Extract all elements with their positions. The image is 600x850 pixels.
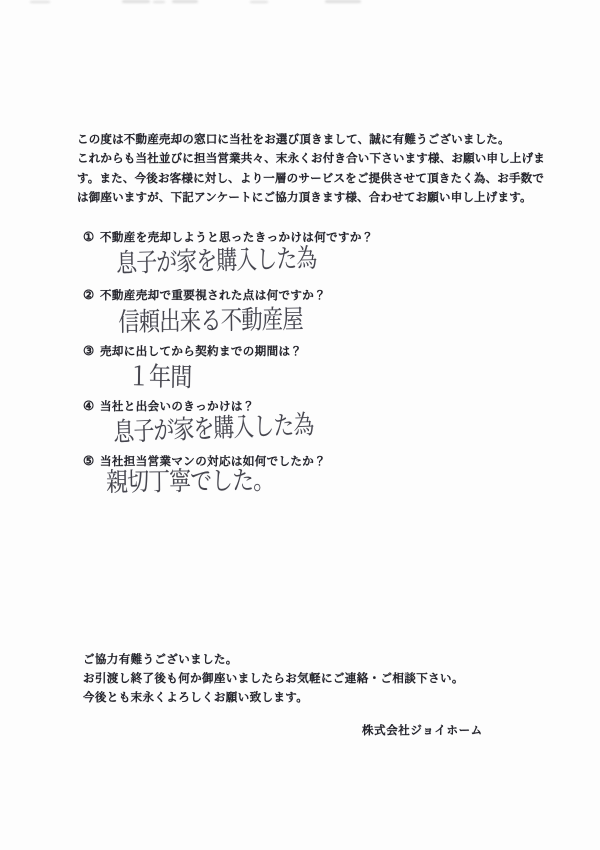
- question-number: ①: [83, 229, 100, 245]
- scan-artifact: [30, 1, 50, 3]
- handwritten-answer-1: 息子が家を購入した為: [116, 238, 317, 280]
- question-number: ④: [83, 398, 100, 414]
- intro-paragraph: この度は不動産売却の窓口に当社をお選び頂きまして、誠に有難うございました。 これ…: [77, 131, 543, 209]
- intro-line: これからも当社並びに担当営業共々、末永くお付き合い下さいます様、お願い申し上げま: [77, 150, 543, 169]
- question-number: ⑤: [83, 453, 100, 469]
- intro-line: す。また、今後お客様に対し、より一層のサービスをご提供させて頂きたく為、お手数で: [77, 170, 543, 189]
- closing-line: 今後とも末永くよろしくお願い致します。: [83, 689, 464, 708]
- question-number: ③: [83, 343, 100, 359]
- scan-artifact: [122, 0, 150, 3]
- intro-line: この度は不動産売却の窓口に当社をお選び頂きまして、誠に有難うございました。: [77, 131, 543, 150]
- closing-line: ご協力有難うございました。: [83, 651, 464, 670]
- closing-line: お引渡し終了後も何か御座いましたらお気軽にご連絡・ご相談下さい。: [83, 670, 464, 689]
- survey-question-3: ③売却に出してから契約までの期間は？: [83, 343, 302, 359]
- handwritten-answer-3: １年間: [127, 356, 191, 394]
- scan-artifact: [153, 1, 165, 3]
- scan-artifact: [250, 1, 268, 3]
- handwritten-answer-2: 信頼出来る不動産屋: [118, 299, 303, 339]
- intro-line: は御座いますが、下記アンケートにご協力頂きます様、合わせてお願い申し上げます。: [77, 189, 543, 208]
- question-number: ②: [83, 287, 100, 303]
- closing-paragraph: ご協力有難うございました。 お引渡し終了後も何か御座いましたらお気軽にご連絡・ご…: [83, 651, 464, 707]
- handwritten-answer-4: 息子が家を購入した為: [113, 404, 314, 449]
- company-signature: 株式会社ジョイホーム: [362, 722, 483, 738]
- scan-artifact: [172, 0, 198, 3]
- scanned-questionnaire-page: この度は不動産売却の窓口に当社をお選び頂きまして、誠に有難うございました。 これ…: [0, 0, 600, 850]
- scan-artifact: [325, 0, 361, 3]
- handwritten-answer-5: 親切丁寧でした。: [106, 460, 274, 499]
